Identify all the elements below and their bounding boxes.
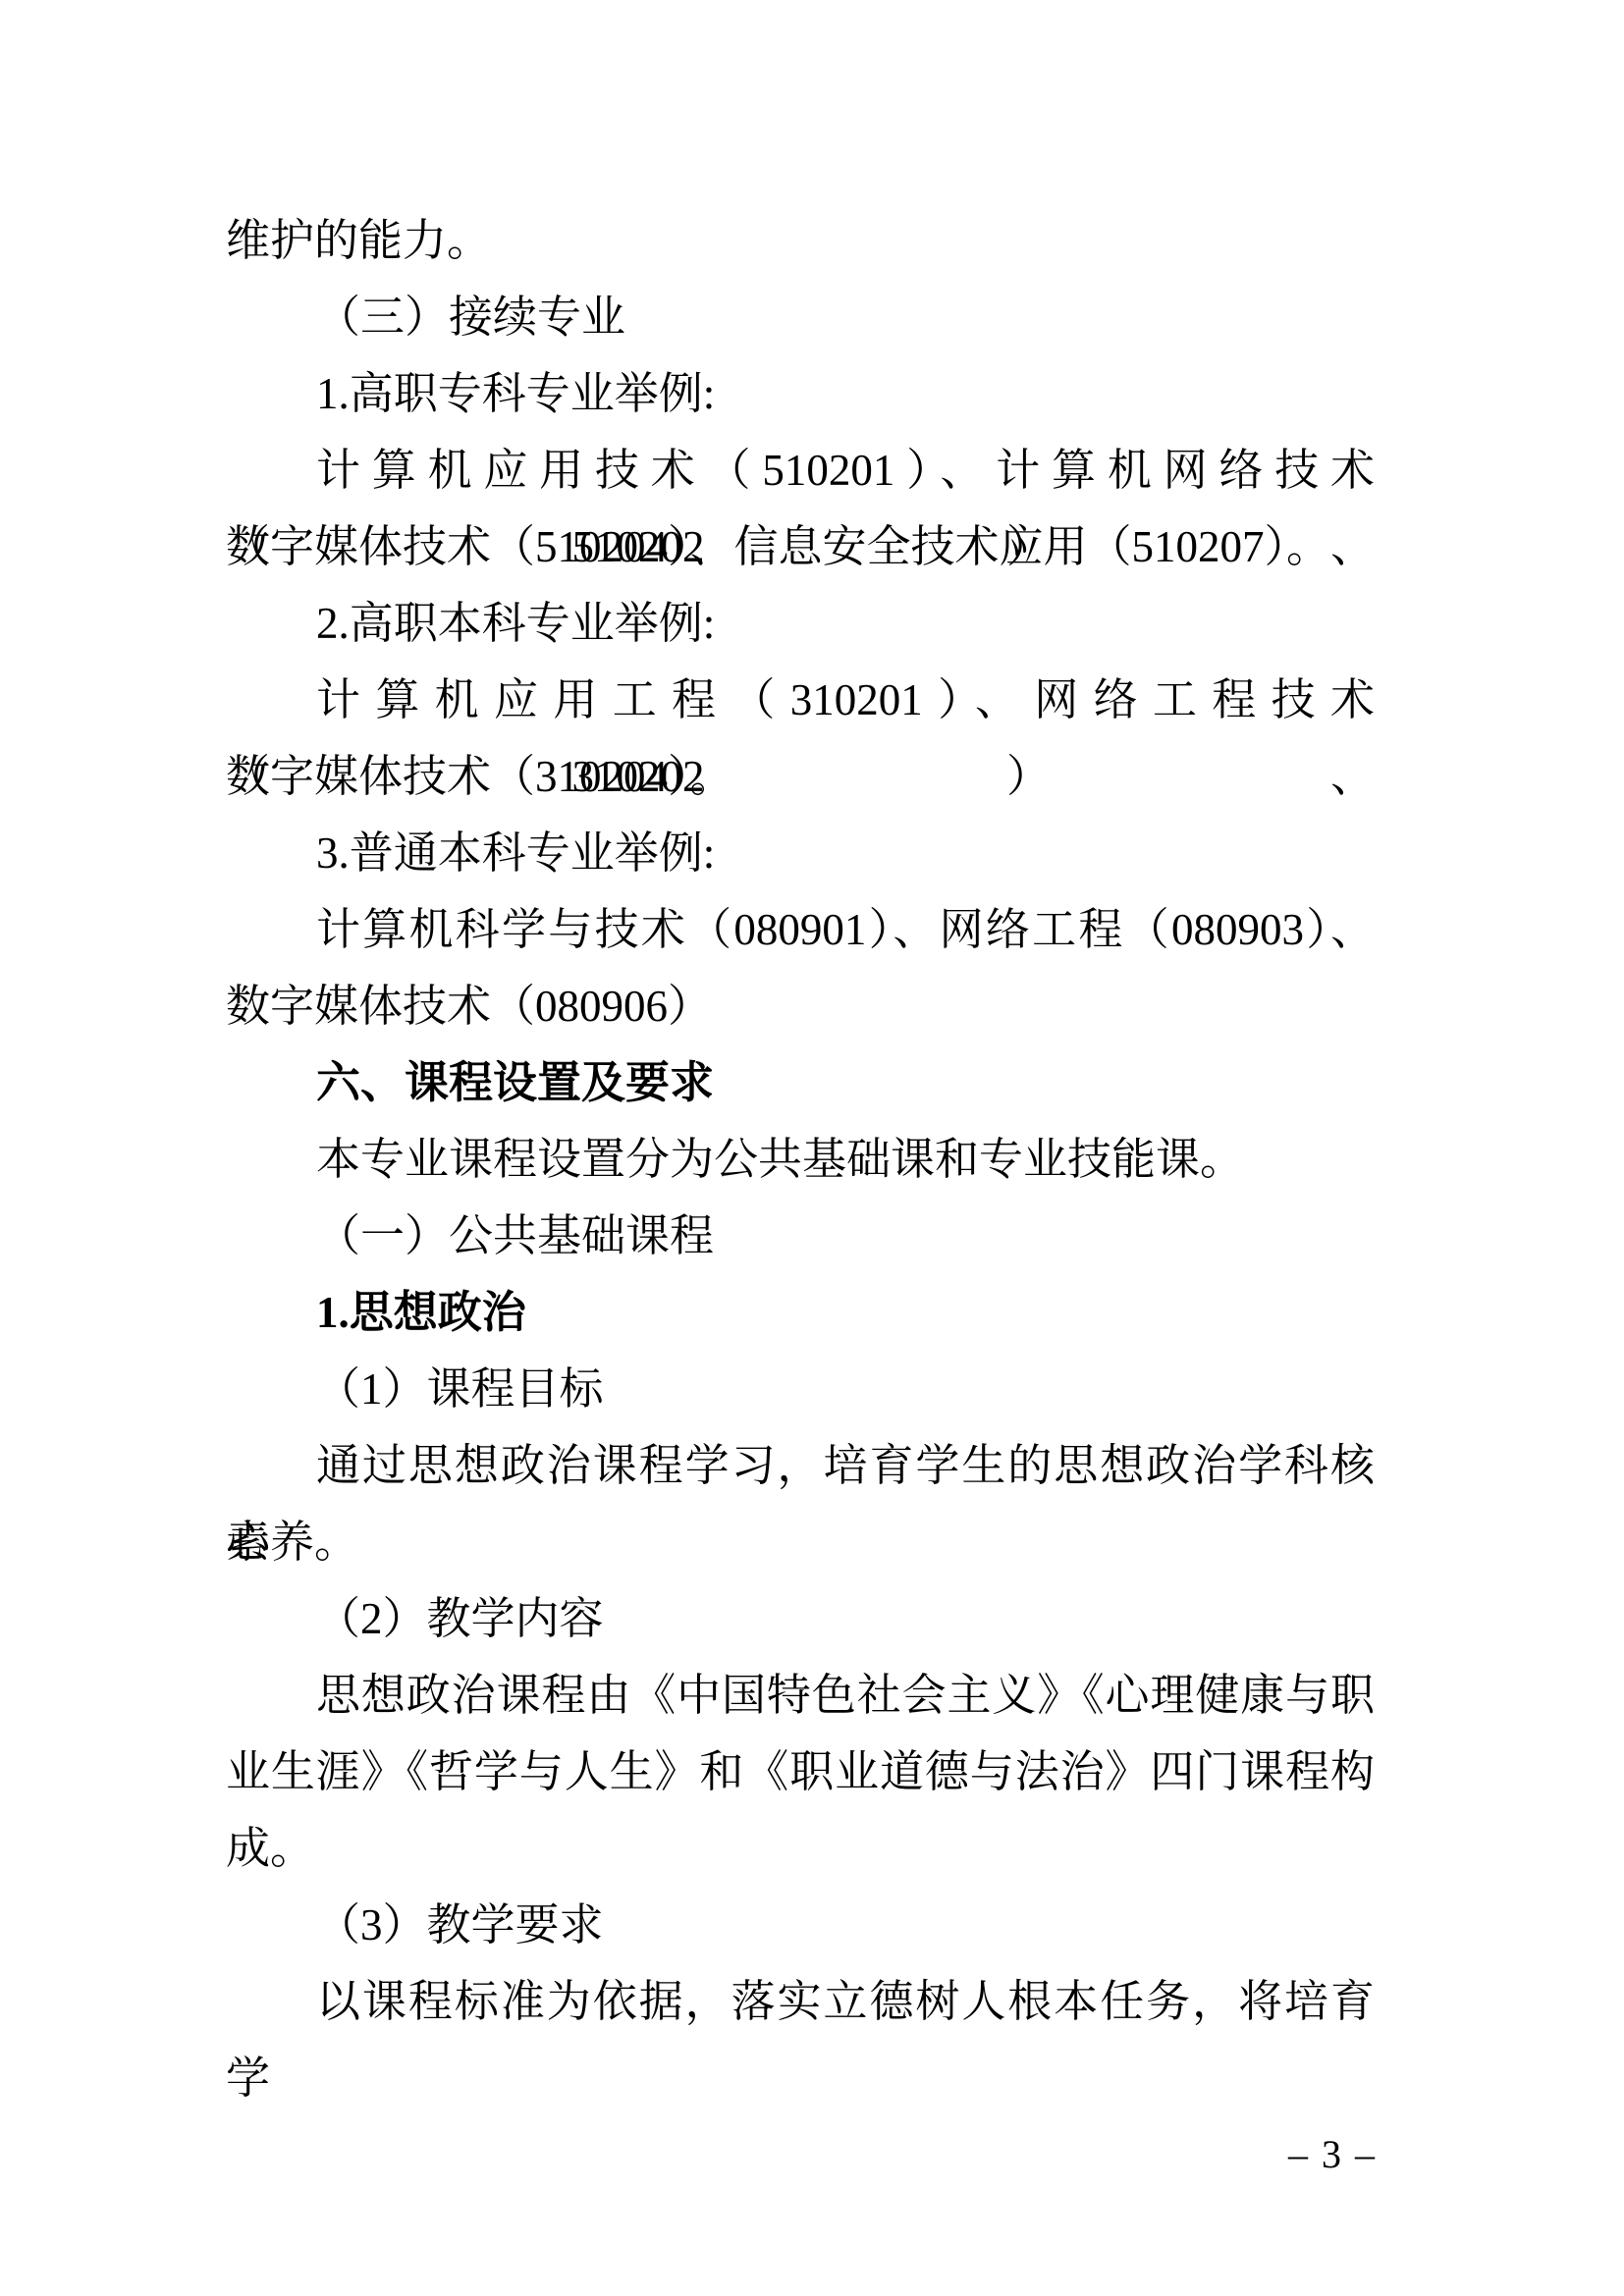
doc-line: 3.普通本科专业举例:	[226, 815, 1375, 891]
doc-line: 计算机应用工程（310201）、网络工程技术（310202）、	[226, 662, 1375, 738]
page-number: – 3 –	[1269, 2130, 1396, 2179]
doc-line: 素养。	[226, 1504, 1375, 1580]
doc-line: 数字媒体技术（080906）	[226, 968, 1375, 1044]
doc-line: （3）教学要求	[226, 1887, 1375, 1963]
doc-line: 思想政治课程由《中国特色社会主义》《心理健康与职	[226, 1657, 1375, 1734]
doc-line: 通过思想政治课程学习，培育学生的思想政治学科核心	[226, 1427, 1375, 1504]
section-heading: 六、课程设置及要求	[226, 1044, 1375, 1121]
doc-line: 计算机应用技术（510201）、计算机网络技术（510202）、	[226, 432, 1375, 508]
doc-line: （1）课程目标	[226, 1351, 1375, 1427]
doc-line: （2）教学内容	[226, 1580, 1375, 1657]
doc-line: （三）接续专业	[226, 279, 1375, 355]
doc-line: 以课程标准为依据，落实立德树人根本任务，将培育学	[226, 1963, 1375, 2040]
doc-line: （一）公共基础课程	[226, 1198, 1375, 1274]
subsection-heading: 1.思想政治	[226, 1274, 1375, 1351]
document-body: 维护的能力。 （三）接续专业 1.高职专科专业举例: 计算机应用技术（51020…	[226, 202, 1375, 2040]
doc-line: 1.高职专科专业举例:	[226, 355, 1375, 432]
doc-line: 数字媒体技术（510204）、信息安全技术应用（510207）。	[226, 508, 1375, 585]
document-page: 维护的能力。 （三）接续专业 1.高职专科专业举例: 计算机应用技术（51020…	[0, 0, 1624, 2296]
doc-line: 2.高职本科专业举例:	[226, 585, 1375, 662]
doc-line: 计算机科学与技术（080901）、网络工程（080903）、	[226, 891, 1375, 968]
doc-line: 成。	[226, 1810, 1375, 1887]
doc-line: 维护的能力。	[226, 202, 1375, 279]
doc-line: 业生涯》《哲学与人生》和《职业道德与法治》四门课程构	[226, 1734, 1375, 1810]
doc-line: 本专业课程设置分为公共基础课和专业技能课。	[226, 1121, 1375, 1198]
